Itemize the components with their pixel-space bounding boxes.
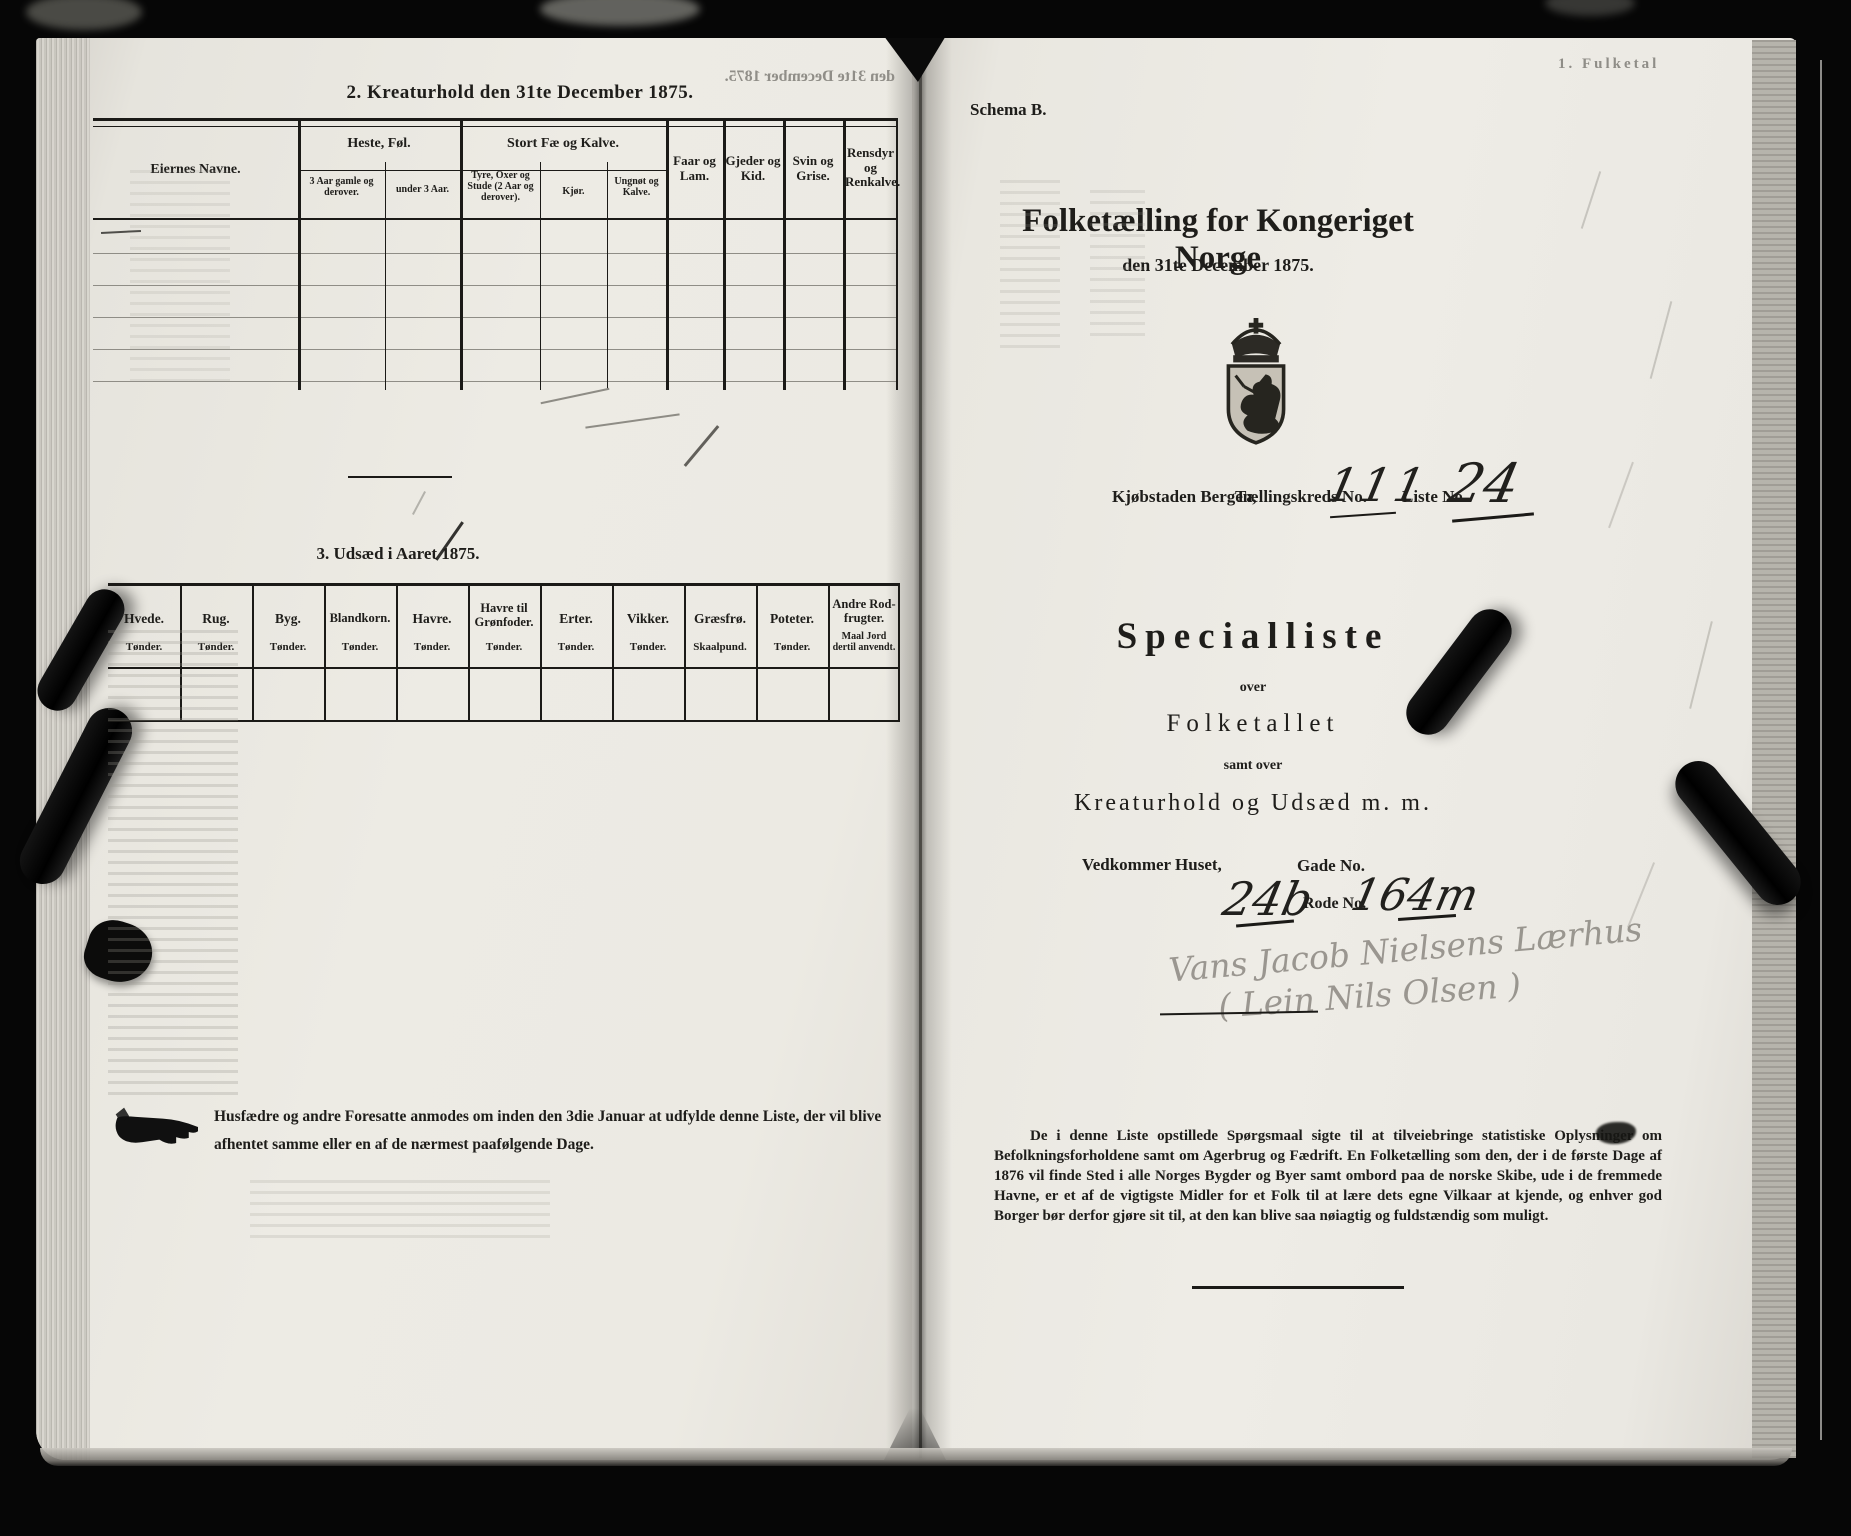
col-tyre-oxer: Tyre, Oxer og Stude (2 Aar og derover). — [463, 170, 538, 204]
kreaturhold-udsaed-heading: Kreaturhold og Udsæd m. m. — [1003, 790, 1503, 817]
scan-edge-highlight — [1820, 60, 1822, 1440]
bleed-through-column — [130, 170, 230, 390]
udsaed-col-name: Vikker. — [612, 611, 684, 626]
udsaed-col-unit: Tønder. — [252, 641, 324, 653]
udsaed-col-name: Andre Rod- frugter. — [830, 597, 898, 625]
udsaed-col-name: Græsfrø. — [684, 611, 756, 626]
table-grid-line — [460, 118, 463, 390]
udsaed-col-name: Byg. — [252, 611, 324, 626]
coat-of-arms — [1220, 318, 1292, 450]
table-grid-line — [93, 126, 898, 127]
col-kjoer: Kjør. — [542, 186, 605, 197]
scan-smudge — [540, 0, 700, 26]
udsaed-col-unit: Tønder. — [612, 641, 684, 653]
udsaed-title: 3. Udsæd i Aaret 1875. — [288, 544, 508, 564]
scan-smudge — [26, 0, 142, 30]
table-grid-line — [108, 583, 900, 586]
bleed-through-column — [250, 1180, 550, 1240]
col-gjeder-kid: Gjeder og Kid. — [725, 154, 781, 183]
footnote-line-2: afhentet samme eller en af de nærmest pa… — [214, 1136, 904, 1154]
udsaed-col-unit: Tønder. — [396, 641, 468, 653]
col-ungnot-kalve: Ungnøt og Kalve. — [609, 176, 664, 198]
book-bottom-edge — [40, 1448, 1792, 1466]
col-faar-lam: Faar og Lam. — [668, 154, 721, 183]
colgroup-heste: Heste, Føl. — [298, 136, 460, 152]
table-grid-line — [93, 118, 898, 121]
col-heste-under3: under 3 Aar. — [387, 184, 458, 195]
udsaed-col-unit: Tønder. — [468, 641, 540, 653]
specialliste-block: Specialliste over Folketallet samt over … — [1003, 615, 1503, 817]
liste-number-handwritten: 24 — [1443, 452, 1525, 515]
udsaed-col-name: Erter. — [540, 611, 612, 626]
census-subtitle: den 31te December 1875. — [998, 255, 1438, 276]
udsaed-col-name: Blandkorn. — [324, 611, 396, 625]
folketallet-heading: Folketallet — [1003, 710, 1503, 738]
manicule-icon — [114, 1104, 198, 1150]
table-grid-line — [298, 118, 301, 390]
col-svin-grise: Svin og Grise. — [785, 154, 841, 183]
vedkommer-label: Vedkommer Huset, — [1082, 855, 1222, 875]
book-gutter-line — [919, 40, 922, 1458]
udsaed-col-unit: Tønder. — [756, 641, 828, 653]
footnote-line-1: Husfædre og andre Foresatte anmodes om i… — [214, 1108, 904, 1126]
table-grid-line — [898, 583, 900, 722]
bleed-through-column — [108, 630, 238, 1100]
table-grid-line — [385, 162, 386, 390]
page-stack-edge-right — [1752, 40, 1796, 1458]
book-scan: 2. Kreaturhold den 31te December 1875. d… — [0, 0, 1851, 1536]
udsaed-col-name: Havre til Grønfoder. — [470, 601, 538, 629]
instruction-paragraph: De i denne Liste opstillede Spørgsmaal s… — [994, 1126, 1662, 1226]
rode-number-handwritten: 164m — [1347, 870, 1484, 921]
specialliste-heading: Specialliste — [1003, 615, 1503, 658]
closing-rule — [1192, 1286, 1404, 1289]
table-grid-line — [540, 162, 541, 390]
udsaed-col-name: Poteter. — [756, 611, 828, 626]
udsaed-col-name: Havre. — [396, 611, 468, 626]
over-label: over — [1003, 680, 1503, 696]
bleed-through-column — [1000, 180, 1060, 350]
table-grid-line — [607, 162, 608, 390]
table-grid-line — [896, 118, 898, 390]
udsaed-col-name: Rug. — [180, 611, 252, 626]
colgroup-stort-fae: Stort Fæ og Kalve. — [460, 136, 666, 152]
bleed-through-text: den 31te December 1875. — [550, 68, 895, 86]
udsaed-col-unit: Maal Jord dertil anvendt. — [830, 631, 898, 653]
section-divider-rule — [348, 476, 452, 478]
udsaed-col-unit: Tønder. — [324, 641, 396, 653]
bleed-through-text: 1. Fulketal — [1558, 56, 1659, 73]
footnote: Husfædre og andre Foresatte anmodes om i… — [214, 1108, 904, 1154]
udsaed-col-unit: Tønder. — [540, 641, 612, 653]
col-heste-3aar: 3 Aar gamle og derover. — [301, 176, 382, 198]
udsaed-col-name: Hvede. — [108, 611, 180, 626]
samt-over-label: samt over — [1003, 758, 1503, 774]
col-rensdyr: Rensdyr og Renkalve. — [845, 146, 896, 190]
schema-label: Schema B. — [970, 100, 1047, 120]
scan-smudge — [1545, 0, 1635, 16]
udsaed-col-unit: Skaalpund. — [684, 641, 756, 653]
bleed-through-column — [1090, 190, 1145, 340]
